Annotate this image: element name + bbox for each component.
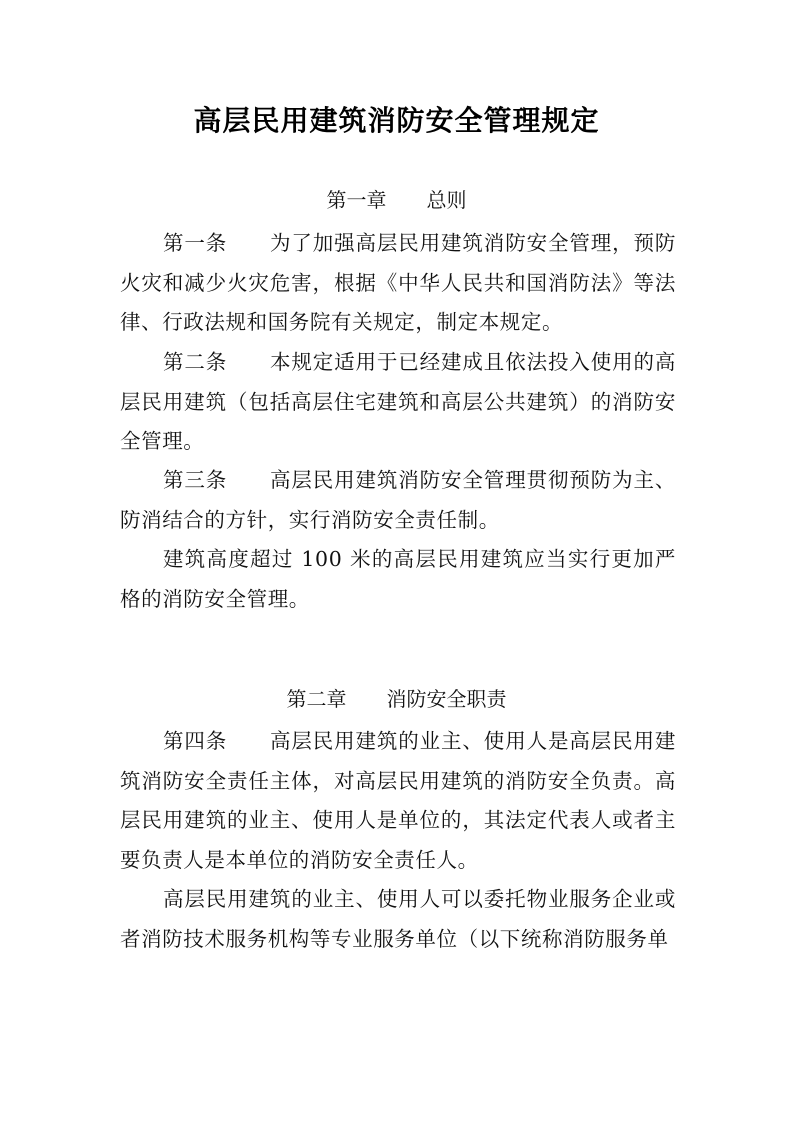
chapter-heading-2: 第二章 消防安全职责	[0, 687, 793, 711]
article-4: 第四条 高层民用建筑的业主、使用人是高层民用建筑消防安全责任主体，对高层民用建筑…	[120, 722, 676, 880]
article-number: 第一条	[163, 231, 270, 255]
article-4-paragraph-2: 高层民用建筑的业主、使用人可以委托物业服务企业或者消防技术服务机构等专业服务单位…	[120, 880, 676, 959]
document-title: 高层民用建筑消防安全管理规定	[0, 99, 793, 139]
article-3: 第三条 高层民用建筑消防安全管理贯彻预防为主、防消结合的方针，实行消防安全责任制…	[120, 461, 676, 540]
paragraph-text: 高层民用建筑的业主、使用人可以委托物业服务企业或者消防技术服务机构等专业服务单位…	[120, 887, 676, 951]
article-2: 第二条 本规定适用于已经建成且依法投入使用的高层民用建筑（包括高层住宅建筑和高层…	[120, 343, 676, 462]
paragraph-text: 建筑高度超过 100 米的高层民用建筑应当实行更加严格的消防安全管理。	[120, 547, 676, 611]
article-number: 第二条	[163, 350, 270, 374]
document-page: 高层民用建筑消防安全管理规定 第一章 总则 第一条 为了加强高层民用建筑消防安全…	[0, 0, 793, 1122]
article-number: 第四条	[163, 729, 270, 753]
chapter-heading-1: 第一章 总则	[0, 188, 793, 212]
article-number: 第三条	[163, 468, 270, 492]
article-3-paragraph-2: 建筑高度超过 100 米的高层民用建筑应当实行更加严格的消防安全管理。	[120, 540, 676, 619]
article-1: 第一条 为了加强高层民用建筑消防安全管理，预防火灾和减少火灾危害，根据《中华人民…	[120, 224, 676, 343]
